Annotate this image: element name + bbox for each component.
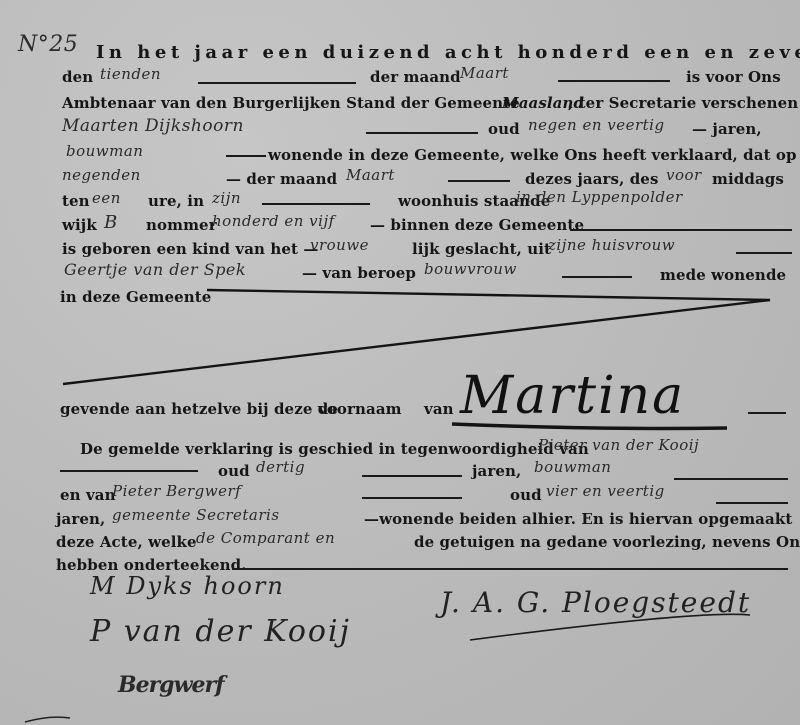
label-van: van	[424, 400, 454, 418]
official-signature: J. A. G. Ploegsteedt	[440, 586, 751, 619]
fill-line	[748, 412, 786, 414]
declarant-signature: M Dyks hoorn	[90, 572, 285, 600]
fill-line	[362, 497, 462, 499]
label-en-van: en van	[60, 486, 116, 504]
label-jaren-2: jaren,	[472, 462, 521, 480]
fill-line	[674, 478, 788, 480]
label-voornaam: voornaam	[318, 400, 402, 418]
witness1-age: dertig	[256, 458, 305, 476]
child-first-name: Martina	[460, 366, 685, 426]
witness1-occupation: bouwman	[534, 458, 611, 476]
witness2-name: Pieter Bergwerf	[112, 482, 241, 500]
fill-line	[362, 475, 462, 477]
witness2-signature: Bergwerf	[118, 672, 224, 698]
witness1-signature: P van der Kooij	[90, 614, 351, 649]
witnesses-intro: De gemelde verklaring is geschied in teg…	[80, 440, 589, 458]
signing-parties: de Comparant en	[196, 529, 335, 547]
fill-line	[60, 470, 198, 472]
acte-text: deze Acte, welke	[56, 533, 197, 551]
witness2-age: vier en veertig	[546, 482, 665, 500]
residence-drawn-up-text: —wonende beiden alhier. En is hiervan op…	[364, 510, 792, 528]
label-oud-2: oud	[218, 462, 250, 480]
civil-birth-record-page: N°25 In het jaar een duizend acht honder…	[0, 0, 800, 725]
witness1-name: Pieter van der Kooij	[538, 436, 699, 454]
label-oud-3: oud	[510, 486, 542, 504]
fill-line	[716, 502, 788, 504]
naming-text: gevende aan hetzelve bij deze de	[60, 400, 338, 418]
fill-line	[232, 568, 788, 570]
reading-text: de getuigen na gedane voorlezing, nevens…	[414, 533, 800, 551]
witness2-occupation: gemeente Secretaris	[112, 506, 280, 524]
label-jaren-3: jaren,	[56, 510, 105, 528]
